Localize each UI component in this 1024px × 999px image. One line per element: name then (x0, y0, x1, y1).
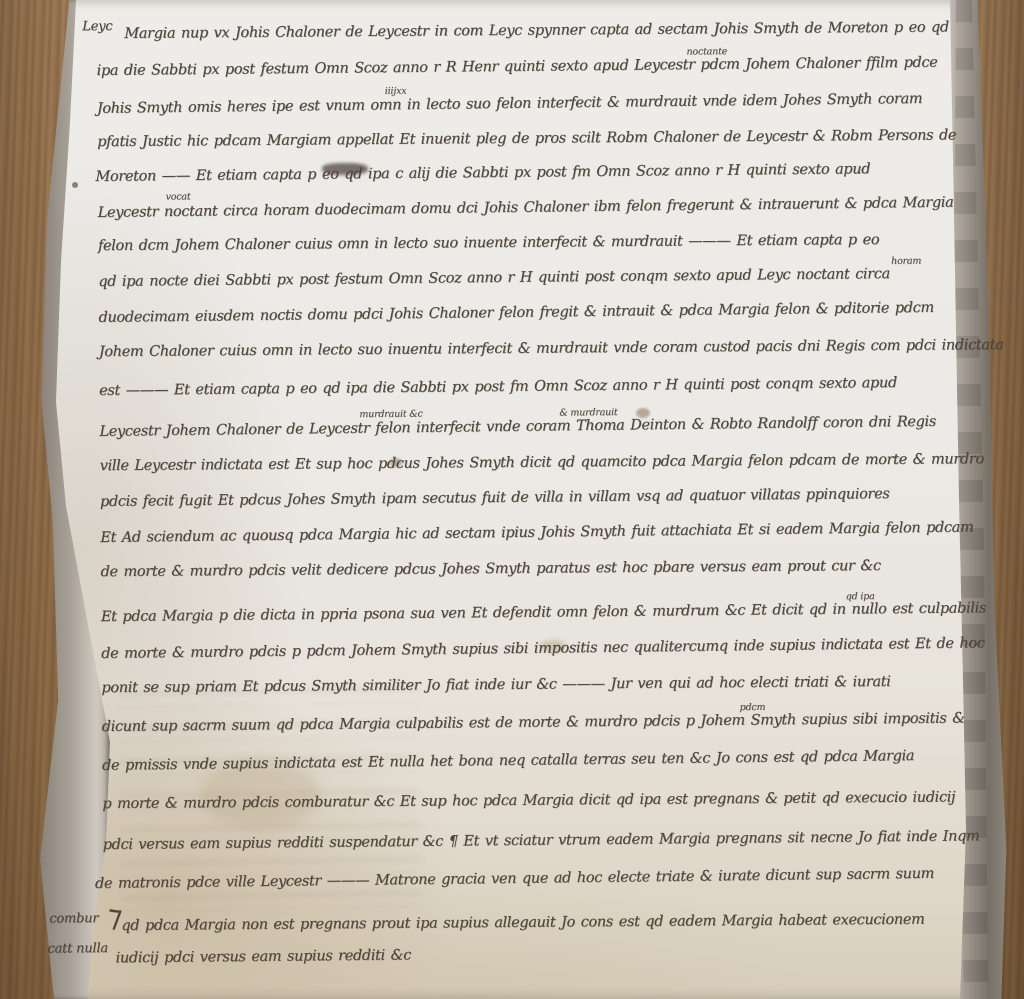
manuscript-line: pdci versus eam supius redditi suspendat… (103, 829, 980, 852)
manuscript-line: qd ipa nocte diei Sabbti px post festum … (98, 267, 890, 289)
manuscript-line: iudicij pdci versus eam supius redditi &… (116, 948, 412, 965)
manuscript-line: Johis Smyth omis heres ipe est vnum omn … (97, 92, 923, 116)
interlinear-insertion: horam (891, 256, 921, 267)
margin-note-combur: combur (49, 911, 98, 926)
interlinear-insertion: & murdrauit (559, 407, 617, 418)
manuscript-line: Johem Chaloner cuius omn in lecto suo in… (99, 338, 1004, 360)
manuscript-line: Moreton —— Et etiam capta p eo qd ipa c … (95, 162, 870, 184)
manuscript-line: Et Ad sciendum ac quousq pdca Margia hic… (100, 520, 973, 545)
interlinear-insertion: iiijxx (385, 86, 407, 97)
manuscript-line: ipa die Sabbti px post festum Omn Scoz a… (97, 56, 938, 79)
interlinear-insertion: qd ipa (846, 591, 875, 602)
text-layer: Leyc combur catt nulla ⁊ Margia nup vx J… (0, 0, 1024, 999)
manuscript-line: qd pdca Margia non est pregnans prout ip… (121, 913, 924, 934)
manuscript-line: pfatis Justic hic pdcam Margiam appellat… (97, 128, 956, 149)
manuscript-line: ponit se sup priam Et pdcus Smyth simili… (101, 675, 890, 696)
manuscript-line: est ——— Et etiam capta p eo qd ipa die S… (99, 376, 897, 398)
manuscript-line: de matronis pdce ville Leycestr ——— Matr… (95, 867, 934, 892)
interlinear-insertion: vocat (166, 191, 191, 202)
manuscript-line: pdcis fecit fugit Et pdcus Johes Smyth i… (100, 487, 890, 509)
manuscript-line: de pmissis vnde supius indictata est Et … (102, 749, 914, 773)
manuscript-line: dicunt sup sacrm suum qd pdca Margia cul… (102, 711, 965, 734)
manuscript-line: ville Leycestr indictata est Et sup hoc … (100, 452, 984, 473)
manuscript-line: Leycestr noctant circa horam duodecimam … (98, 196, 954, 221)
margin-note-top-left: Leyc (82, 19, 112, 34)
manuscript-line: p morte & murdro pdcis comburatur &c Et … (102, 790, 955, 811)
manuscript-line: Margia nup vx Johis Chaloner de Leycestr… (124, 20, 949, 41)
manuscript-line: Et pdca Margia p die dicta in ppria pson… (101, 601, 986, 624)
interlinear-insertion: noctante (686, 46, 727, 57)
manuscript-line: de morte & murdro pdcis velit dedicere p… (100, 559, 880, 580)
manuscript-line: duodecimam eiusdem noctis domu pdci Johi… (98, 301, 933, 326)
manuscript-photograph: { "page": { "kind": "medieval manuscript… (0, 0, 1024, 999)
interlinear-insertion: pdcm (740, 702, 766, 713)
margin-note-catt-nulla: catt nulla (47, 941, 108, 956)
manuscript-line: Leycestr Johem Chaloner de Leycestr felo… (99, 415, 936, 440)
interlinear-insertion: murdrauit &c (359, 409, 422, 420)
manuscript-line: felon dcm Johem Chaloner cuius omn in le… (98, 233, 879, 254)
manuscript-line: de morte & murdro pdcis p pdcm Johem Smy… (101, 636, 985, 661)
